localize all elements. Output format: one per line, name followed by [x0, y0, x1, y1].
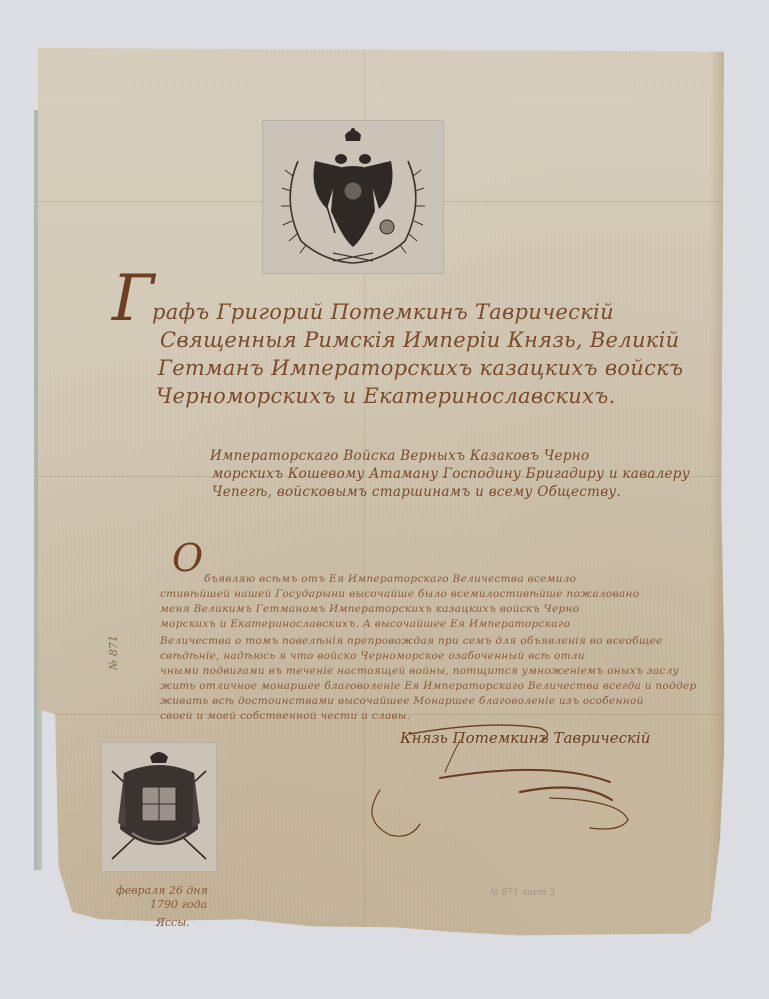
body-line: Величества о томъ повелѣнія препровождая…: [160, 634, 663, 649]
heading-initial: Г: [112, 262, 154, 336]
address-line: Императорскаго Войска Верныхъ Казаковъ Ч…: [210, 448, 589, 465]
signature-flourish-icon: [350, 720, 690, 850]
coat-of-arms-icon: [102, 743, 216, 871]
date-line: февраля 26 дня: [116, 884, 208, 897]
paper-edge-stain: [710, 48, 724, 948]
body-line: живать всѣ достоинствами высочайшее Мона…: [160, 694, 644, 709]
body-line: свѣдѣніе, надѣюсь я что войско Черноморс…: [160, 649, 585, 664]
eagle-engraving: [262, 120, 444, 274]
heading-line: Священныя Римскія Имперіи Князь, Великій: [160, 328, 679, 353]
body-line: жить отличное монаршее благоволеніе Ея И…: [160, 679, 697, 694]
heading-line: рафъ Григорий Потемкинъ Таврическій: [152, 300, 614, 325]
date-line: 1790 года: [150, 898, 207, 911]
address-line: Чепегѣ, войсковымъ старшинамъ и всему Об…: [212, 484, 621, 501]
heading-line: Гетманъ Императорскихъ казацкихъ войскъ: [158, 356, 683, 381]
coat-of-arms-engraving: [101, 742, 217, 872]
body-line: стивѣйшей нашей Государыни высочайше был…: [160, 587, 639, 602]
body-line: морскихъ и Екатеринославскихъ. А высочай…: [160, 617, 570, 632]
body-line: меня Великимъ Гетманомъ Императорскихъ к…: [160, 602, 579, 617]
heading-line: Черноморскихъ и Екатеринославскихъ.: [156, 384, 616, 409]
body-line: чными подвигами въ теченіе настоящей вой…: [160, 664, 679, 679]
body-line: бъявляю всѣмъ отъ Ея Императорскаго Вели…: [204, 572, 576, 587]
pencil-archival-note: № 871 лист 3: [490, 888, 555, 898]
body-initial: О: [172, 536, 203, 580]
registry-number: № 871: [107, 635, 120, 670]
address-line: морскихъ Кошевому Атаману Господину Бриг…: [212, 466, 690, 483]
place-line: Яссы.: [156, 916, 190, 929]
double-headed-eagle-icon: [263, 121, 443, 273]
